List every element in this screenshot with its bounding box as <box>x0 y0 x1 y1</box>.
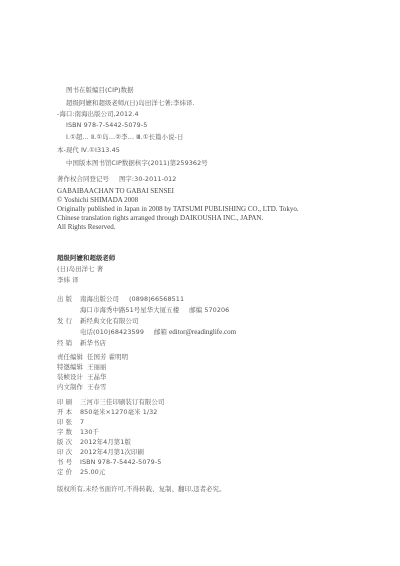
email-address[interactable]: editor@readinglife.com <box>169 328 236 336</box>
spec-value: 三河市三佳印刷装订有限公司 <box>80 398 164 406</box>
book-author: (日)岛田洋七 著 <box>57 265 103 273</box>
spec-row: 字 数130千 <box>57 428 99 436</box>
spec-label: 印 次 <box>57 448 80 456</box>
cip-verification: 中国版本图书馆CIP数据核字(2011)第259362号 <box>66 159 208 167</box>
copyright-reg-value: 图字:30-2011-012 <box>119 175 177 183</box>
english-published: Originally published in Japan in 2008 by… <box>57 205 299 213</box>
staff-label: 装帧设计 <box>57 373 87 381</box>
staff-value: 任国芳 翟明明 <box>87 353 128 361</box>
staff-label: 特邀编辑 <box>57 363 87 371</box>
cip-line-1: 超级阿嬷和超级老师/(日)岛田洋七著;李炜译. <box>66 99 195 107</box>
spec-row: 印 刷三河市三佳印刷装订有限公司 <box>57 398 164 406</box>
cip-header: 图书在版编目(CIP)数据 <box>66 86 134 94</box>
seller-label: 经 销 <box>57 339 80 347</box>
spec-label: 定 价 <box>57 468 80 476</box>
distributor-name: 新经典文化有限公司 <box>80 317 138 325</box>
staff-row: 责任编辑任国芳 翟明明 <box>57 353 128 361</box>
spec-label: 开 本 <box>57 408 80 416</box>
copyright-registration: 著作权合同登记号图字:30-2011-012 <box>57 175 176 183</box>
cip-classification-1: Ⅰ.①超… Ⅱ.①岛…②李… Ⅲ.①长篇小说-日 <box>66 133 184 141</box>
cip-isbn: ISBN 978-7-5442-5079-5 <box>66 121 147 129</box>
book-title: 超级阿嬷和超级老师 <box>57 254 115 262</box>
spec-label: 印 张 <box>57 418 80 426</box>
postcode-label: 邮编 <box>189 306 202 314</box>
staff-value: 王春雪 <box>87 383 106 391</box>
spec-value: 850毫米×1270毫米 1/32 <box>80 408 157 416</box>
email-label: 邮箱 <box>154 328 167 336</box>
spec-row: 定 价25.00元 <box>57 468 105 476</box>
rights-notice: 版权所有,未经书面许可,不得转载、复制、翻印,违者必究。 <box>57 485 226 493</box>
spec-value: 2012年4月第1版 <box>80 438 131 446</box>
staff-label: 内文制作 <box>57 383 87 391</box>
spec-row: 印 张7 <box>57 418 84 426</box>
cip-classification-2: 本-现代 Ⅳ.①I313.45 <box>57 146 120 154</box>
spec-label: 字 数 <box>57 428 80 436</box>
distributor-label: 发 行 <box>57 317 80 325</box>
publisher-address-row: 海口市海秀中路51号星华大厦五楼邮编 570206 <box>80 306 229 314</box>
staff-label: 责任编辑 <box>57 353 87 361</box>
english-rights-reserved: All Rights Reserved. <box>57 223 116 231</box>
spec-value: 7 <box>80 418 84 426</box>
english-copyright: © Yoshichi SHIMADA 2008 <box>57 196 138 204</box>
seller-name: 新华书店 <box>80 339 106 347</box>
staff-row: 内文制作王春雪 <box>57 383 106 391</box>
copyright-page: 图书在版编目(CIP)数据 超级阿嬷和超级老师/(日)岛田洋七著;李炜译. -海… <box>0 0 400 566</box>
staff-value: 王晶华 <box>87 373 106 381</box>
english-title: GABAIBAACHAN TO GABAI SENSEI <box>57 187 174 195</box>
publisher-row: 出 版南海出版公司(0898)66568511 <box>57 295 184 303</box>
publisher-name: 南海出版公司 <box>80 295 119 303</box>
distributor-phone: 电话(010)68423599 <box>80 328 144 336</box>
book-translator: 李炜 译 <box>57 276 79 284</box>
spec-value: 2012年4月第1次印刷 <box>80 448 144 456</box>
staff-row: 装帧设计王晶华 <box>57 373 106 381</box>
spec-value: 130千 <box>80 428 99 436</box>
spec-row: 印 次2012年4月第1次印刷 <box>57 448 144 456</box>
seller-row: 经 销新华书店 <box>57 339 106 347</box>
distributor-row: 发 行新经典文化有限公司 <box>57 317 138 325</box>
cip-line-2: -海口:南海出版公司,2012.4 <box>57 110 139 118</box>
staff-row: 特邀编辑王丽丽 <box>57 363 106 371</box>
spec-value: ISBN 978-7-5442-5079-5 <box>80 458 161 466</box>
staff-value: 王丽丽 <box>87 363 106 371</box>
distributor-contact-row: 电话(010)68423599邮箱 editor@readinglife.com <box>80 328 236 336</box>
spec-value: 25.00元 <box>80 468 105 476</box>
english-translation-rights: Chinese translation rights arranged thro… <box>57 214 263 222</box>
spec-row: 书 号ISBN 978-7-5442-5079-5 <box>57 458 161 466</box>
spec-label: 书 号 <box>57 458 80 466</box>
spec-label: 印 刷 <box>57 398 80 406</box>
publisher-label: 出 版 <box>57 295 80 303</box>
publisher-address: 海口市海秀中路51号星华大厦五楼 <box>80 306 179 314</box>
spec-row: 版 次2012年4月第1版 <box>57 438 131 446</box>
postcode: 570206 <box>204 306 229 314</box>
spec-row: 开 本850毫米×1270毫米 1/32 <box>57 408 157 416</box>
spec-label: 版 次 <box>57 438 80 446</box>
copyright-reg-label: 著作权合同登记号 <box>57 175 109 183</box>
publisher-phone: (0898)66568511 <box>129 295 184 303</box>
